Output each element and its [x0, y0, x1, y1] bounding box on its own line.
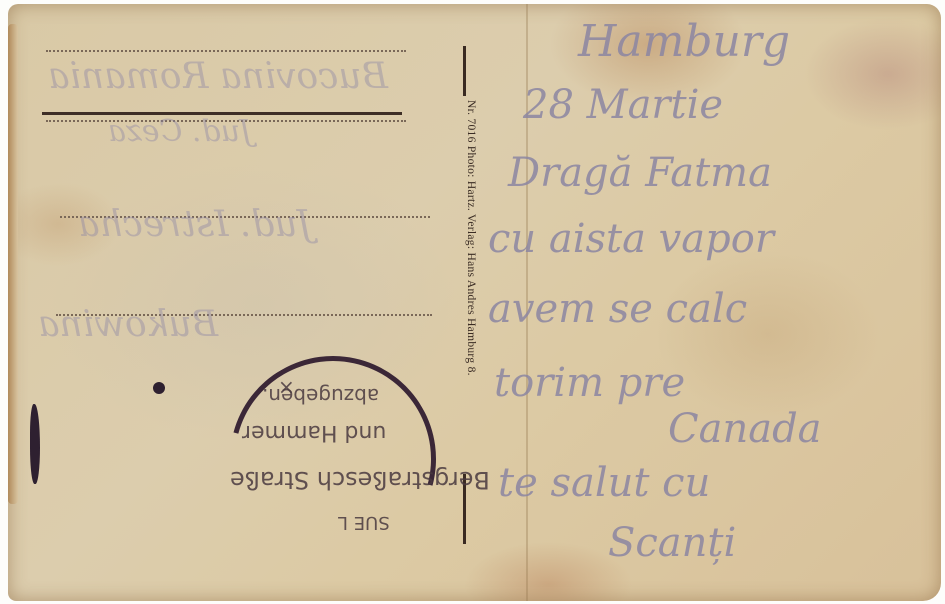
message-line-1: Hamburg: [578, 16, 790, 67]
message-line-8: te salut cu: [498, 460, 710, 506]
message-line-2: 28 Martie: [523, 82, 723, 128]
divider-top: [463, 46, 466, 96]
address-line-1: [46, 50, 406, 52]
message-line-7: Canada: [668, 406, 822, 452]
message-line-3: Dragă Fatma: [508, 150, 772, 196]
ink-blot: [153, 382, 165, 394]
postmark-fragment: SUE L: [338, 512, 390, 533]
torn-left-edge: [8, 24, 18, 504]
stamp-line-2: und Hammer: [242, 420, 386, 445]
mirrored-address-4: Bukowina: [38, 304, 218, 345]
stamp-line-1: Bergstraßesch Straße: [230, 466, 490, 494]
message-line-6: torim pre: [494, 360, 685, 406]
mirrored-address-3: Jud. Istrecha: [78, 204, 312, 245]
postcard: Bucovina Romania Jud. Ceza Jud. Istrecha…: [8, 4, 941, 601]
ink-stroke: [30, 404, 40, 484]
message-line-5: avem se calc: [488, 286, 747, 332]
mirrored-address-2: Jud. Ceza: [108, 114, 252, 149]
publisher-imprint: Nr. 7016 Photo: Hartz. Verlag: Hans Andr…: [465, 100, 477, 376]
mirrored-address-1: Bucovina Romania: [48, 56, 388, 97]
scan-canvas: Bucovina Romania Jud. Ceza Jud. Istrecha…: [0, 0, 945, 604]
message-signature: Scanți: [608, 520, 736, 566]
message-line-4: cu aista vapor: [488, 216, 774, 262]
postmark-ring: [192, 318, 473, 599]
stamp-line-3: abzugeben.: [262, 384, 379, 408]
